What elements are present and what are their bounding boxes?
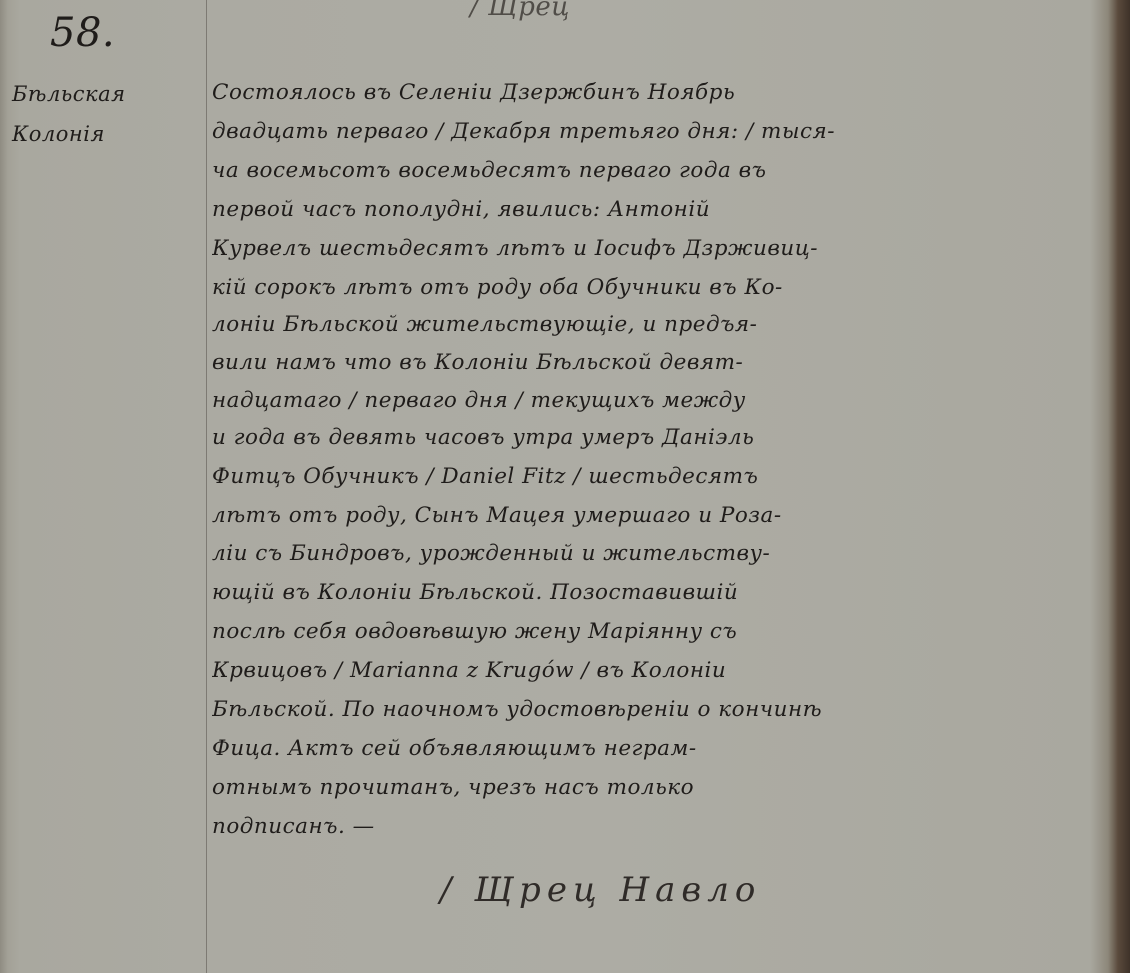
body-line-7: лонiи Бѣльской жительствующiе, и предъя- [212,312,1092,337]
entry-number: 58. [50,10,115,56]
body-line-11: Фитцъ Обучникъ / Daniel Fitz / шестьдеся… [212,464,1092,489]
body-line-16: Крвицовъ / Marianna z Krugów / въ Колонi… [212,658,1092,683]
body-line-14: ющiй въ Колонiи Бѣльской. Позоставившiй [212,580,1092,605]
body-line-19: отнымъ прочитанъ, чрезъ насъ только [212,775,1092,800]
top-signature-fragment: / Щрец [470,0,570,22]
body-line-13: лiи съ Биндровъ, урожденный и жительству… [212,541,1092,566]
body-line-2: двадцать перваго / Декабря третьяго дня:… [212,119,1092,144]
register-page: / Щрец 58. Бѣльская Колонія Состоялось в… [0,0,1130,973]
body-line-5: Курвелъ шестьдесятъ лѣтъ и Іосифъ Дзржив… [212,236,1092,261]
body-line-15: послѣ себя овдовѣвшую жену Марiянну съ [212,619,1092,644]
body-line-12: лѣтъ отъ роду, Сынъ Мацея умершаго и Роз… [212,503,1092,528]
body-line-1: Состоялось въ Селеніи Дзержбинъ Ноябрь [212,80,1092,105]
body-line-18: Фица. Актъ сей объявляющимъ неграм- [212,736,1092,761]
body-line-9: надцатаго / перваго дня / текущихъ между [212,388,1092,413]
margin-note-line-2: Колонія [12,122,105,146]
margin-rule-line [206,0,207,973]
body-line-10: и года въ девять часовъ утра умеръ Данiэ… [212,425,1092,450]
body-line-4: первой часъ пополуднi, явились: Антонiй [212,197,1092,222]
body-line-8: вили намъ что въ Колонiи Бѣльской девят- [212,350,1092,375]
margin-note-line-1: Бѣльская [12,82,126,106]
official-signature: / Щрец Навло [440,870,761,910]
body-line-20: подписанъ. — [212,814,1092,839]
body-line-17: Бѣльской. По наочномъ удостовѣреніи о ко… [212,697,1092,722]
body-line-3: ча восемьсотъ восемьдесятъ перваго года … [212,158,1092,183]
body-line-6: кiй сорокъ лѣтъ отъ роду оба Обучники въ… [212,275,1092,300]
